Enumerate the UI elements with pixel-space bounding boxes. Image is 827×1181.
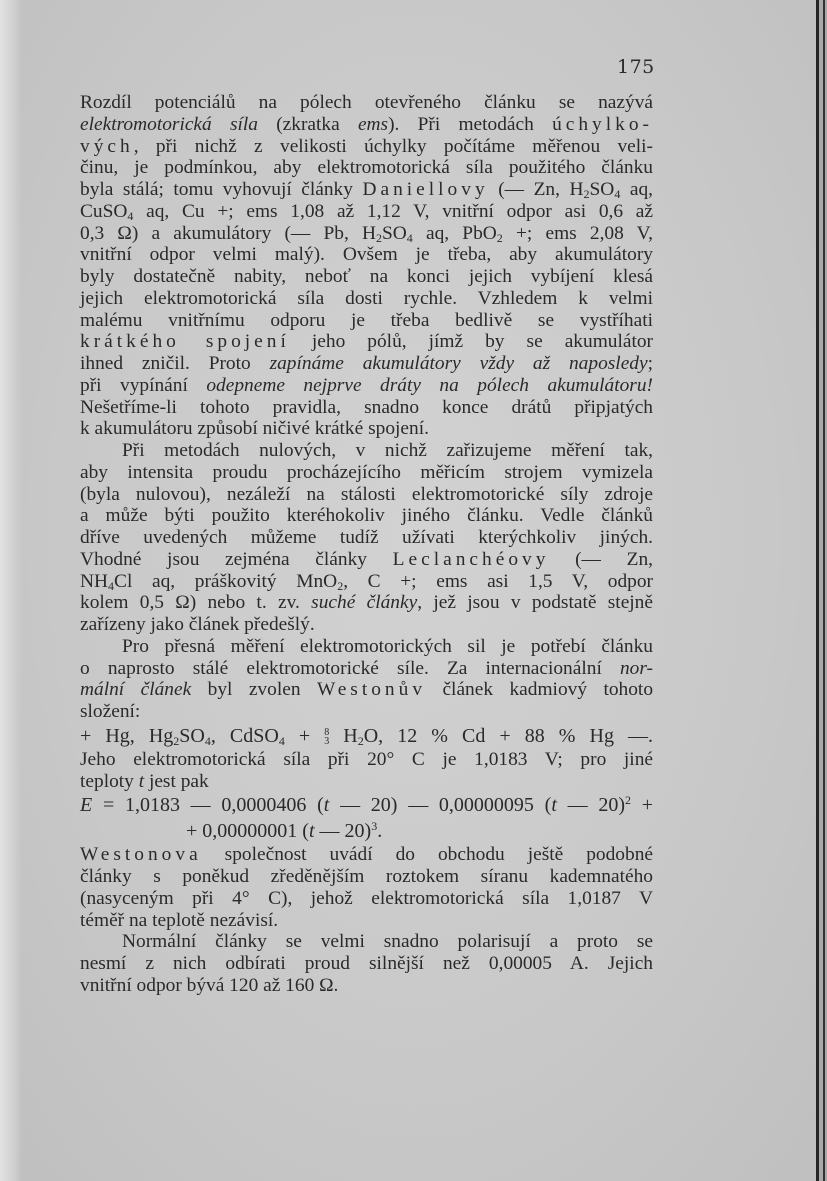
emphasis: nor-: [620, 658, 653, 679]
spaced-term: Leclanchéovy: [393, 549, 550, 570]
emphasis: suché články: [311, 592, 417, 613]
book-page: 175 Rozdíl potenciálů na pólech otevřené…: [0, 0, 827, 1181]
text-line: činu, je podmínkou, aby elektromotorická…: [80, 157, 653, 179]
temperature-formula-line-1: E = 1,0183 — 0,0000406 (t — 20) — 0,0000…: [80, 792, 653, 818]
text-line: jejich elektromotorická síla dosti rychl…: [80, 288, 653, 310]
emphasis: odepneme nejprve dráty na pólech akumulá…: [206, 375, 653, 396]
text-line: Westonova společnost uvádí do obchodu je…: [80, 844, 653, 866]
text-line: dříve uvedených můžeme tudíž užívati kte…: [80, 527, 653, 549]
text-line: články s poněkud zředěnějším roztokem sí…: [80, 866, 653, 888]
text-line: Jeho elektromotorická síla při 20° C je …: [80, 749, 653, 771]
text-line: složení:: [80, 701, 653, 723]
text-line: Nešetříme-li tohoto pravidla, snadno kon…: [80, 397, 653, 419]
page-edge-line-outer: [823, 0, 825, 1181]
text-line: krátkého spojení jeho pólů, jímž by se a…: [80, 331, 653, 353]
text-line: (byla nulovou), nezáleží na stálosti ele…: [80, 484, 653, 506]
spaced-term: Westonův: [317, 679, 426, 700]
text-line: 0,3 Ω) a akumulátory (— Pb, H2SO4 aq, Pb…: [80, 223, 653, 245]
text-line: NH4Cl aq, práškovitý MnO2, C +; ems asi …: [80, 571, 653, 593]
text-line: k akumulátoru způsobí ničivé krátké spoj…: [80, 418, 653, 440]
text-line: Rozdíl potenciálů na pólech otevřeného č…: [80, 92, 653, 114]
body-text: Rozdíl potenciálů na pólech otevřeného č…: [80, 92, 653, 997]
spaced-term: Daniellovy: [362, 179, 488, 200]
text-line: byly dostatečně nabity, neboť na konci j…: [80, 266, 653, 288]
emphasis: zapínáme akumulátory vždy až naposledy: [270, 353, 648, 374]
text-line: CuSO4 aq, Cu +; ems 1,08 až 1,12 V, vnit…: [80, 201, 653, 223]
page-edge-line: [816, 0, 819, 1181]
text-line: vých, při nichž z velikosti úchylky počí…: [80, 136, 653, 158]
text-line: Při metodách nulových, v nichž zařizujem…: [80, 440, 653, 462]
spaced-term: krátkého spojení: [80, 331, 290, 352]
page-gutter-shadow: [0, 0, 22, 1181]
text-line: nesmí z nich odbírati proud silnější než…: [80, 953, 653, 975]
text-line: o naprosto stálé elektromotorické síle. …: [80, 658, 653, 680]
text-line: malému vnitřnímu odporu je třeba bedlivě…: [80, 310, 653, 332]
temperature-formula-line-2: + 0,00000001 (t — 20)3.: [80, 818, 653, 844]
text-line: a může býti použito kteréhokoliv jiného …: [80, 505, 653, 527]
spaced-term: vých: [80, 136, 134, 157]
text-line: vnitřní odpor velmi malý). Ovšem je třeb…: [80, 244, 653, 266]
text-line: ihned zničil. Proto zapínáme akumulátory…: [80, 353, 653, 375]
text-line: aby intensita proudu procházejícího měři…: [80, 462, 653, 484]
text-line: byla stálá; tomu vyhovují články Daniell…: [80, 179, 653, 201]
text-line: vnitřní odpor bývá 120 až 160 Ω.: [80, 975, 653, 997]
text-line: elektromotorická síla (zkratka ems). Při…: [80, 114, 653, 136]
spaced-term: Westonova: [80, 844, 202, 865]
text-line: téměř na teplotě nezávisí.: [80, 910, 653, 932]
emphasis: elektromotorická síla: [80, 114, 258, 135]
text-line: Pro přesná měření elektromotorických sil…: [80, 636, 653, 658]
text-line: (nasyceným při 4° C), jehož elektromotor…: [80, 888, 653, 910]
page-number: 175: [617, 56, 655, 78]
text-line: kolem 0,5 Ω) nebo t. zv. suché články, j…: [80, 592, 653, 614]
text-line: Normální články se velmi snadno polarisu…: [80, 931, 653, 953]
text-line: mální článek byl zvolen Westonův článek …: [80, 679, 653, 701]
spaced-term: úchylko-: [552, 114, 653, 135]
text-line: Vhodné jsou zejména články Leclanchéovy …: [80, 549, 653, 571]
text-line: při vypínání odepneme nejprve dráty na p…: [80, 375, 653, 397]
cell-composition-formula: + Hg, Hg2SO4, CdSO4 + 83 H2O, 12 % Cd + …: [80, 723, 653, 749]
text-line: teploty t jest pak: [80, 771, 653, 793]
text-line: zařízeny jako článek předešlý.: [80, 614, 653, 636]
emphasis: mální článek: [80, 679, 191, 700]
